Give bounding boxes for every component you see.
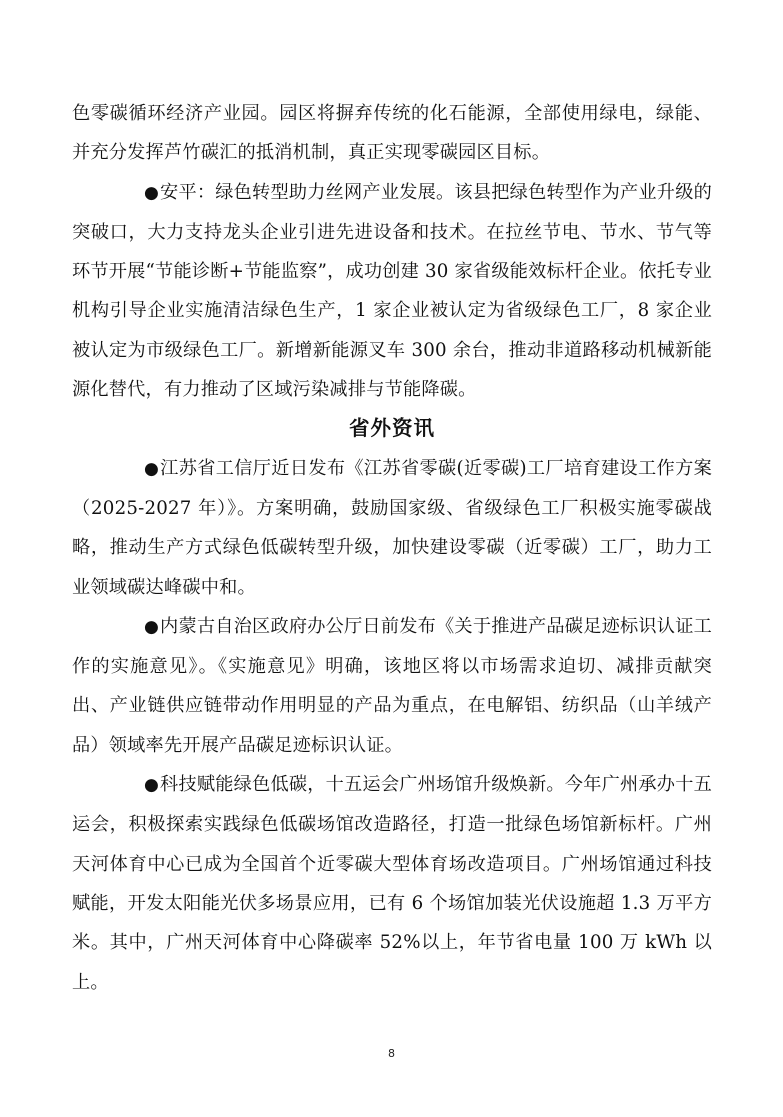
document-page: 色零碳循环经济产业园。园区将摒弃传统的化石能源，全部使用绿电，绿能、并充分发挥芦… — [72, 94, 712, 1002]
bullet-icon: ● — [108, 766, 159, 805]
news-item-inner-mongolia: ●内蒙古自治区政府办公厅日前发布《关于推进产品碳足迹标识认证工作的实施意见》。《… — [72, 607, 712, 765]
news-item-text: 江苏省工信厅近日发布《江苏省零碳(近零碳)工厂培育建设工作方案（2025-202… — [72, 458, 712, 598]
bullet-icon: ● — [108, 608, 159, 647]
bullet-icon: ● — [108, 450, 159, 489]
news-item-text: 内蒙古自治区政府办公厅日前发布《关于推进产品碳足迹标识认证工作的实施意见》。《实… — [72, 616, 712, 756]
section-heading: 省外资讯 — [72, 409, 712, 448]
news-item-guangzhou: ●科技赋能绿色低碳，十五运会广州场馆升级焕新。今年广州承办十五运会，积极探索实践… — [72, 765, 712, 1002]
news-item-text: 安平：绿色转型助力丝网产业发展。该县把绿色转型作为产业升级的突破口，大力支持龙头… — [72, 182, 712, 400]
news-item-jiangsu: ●江苏省工信厅近日发布《江苏省零碳(近零碳)工厂培育建设工作方案（2025-20… — [72, 449, 712, 607]
bullet-icon: ● — [108, 174, 159, 213]
news-item-text: 科技赋能绿色低碳，十五运会广州场馆升级焕新。今年广州承办十五运会，积极探索实践绿… — [72, 774, 712, 992]
page-number: 8 — [0, 1047, 783, 1060]
news-item-anping: ●安平：绿色转型助力丝网产业发展。该县把绿色转型作为产业升级的突破口，大力支持龙… — [72, 173, 712, 410]
continuation-paragraph: 色零碳循环经济产业园。园区将摒弃传统的化石能源，全部使用绿电，绿能、并充分发挥芦… — [72, 94, 712, 173]
